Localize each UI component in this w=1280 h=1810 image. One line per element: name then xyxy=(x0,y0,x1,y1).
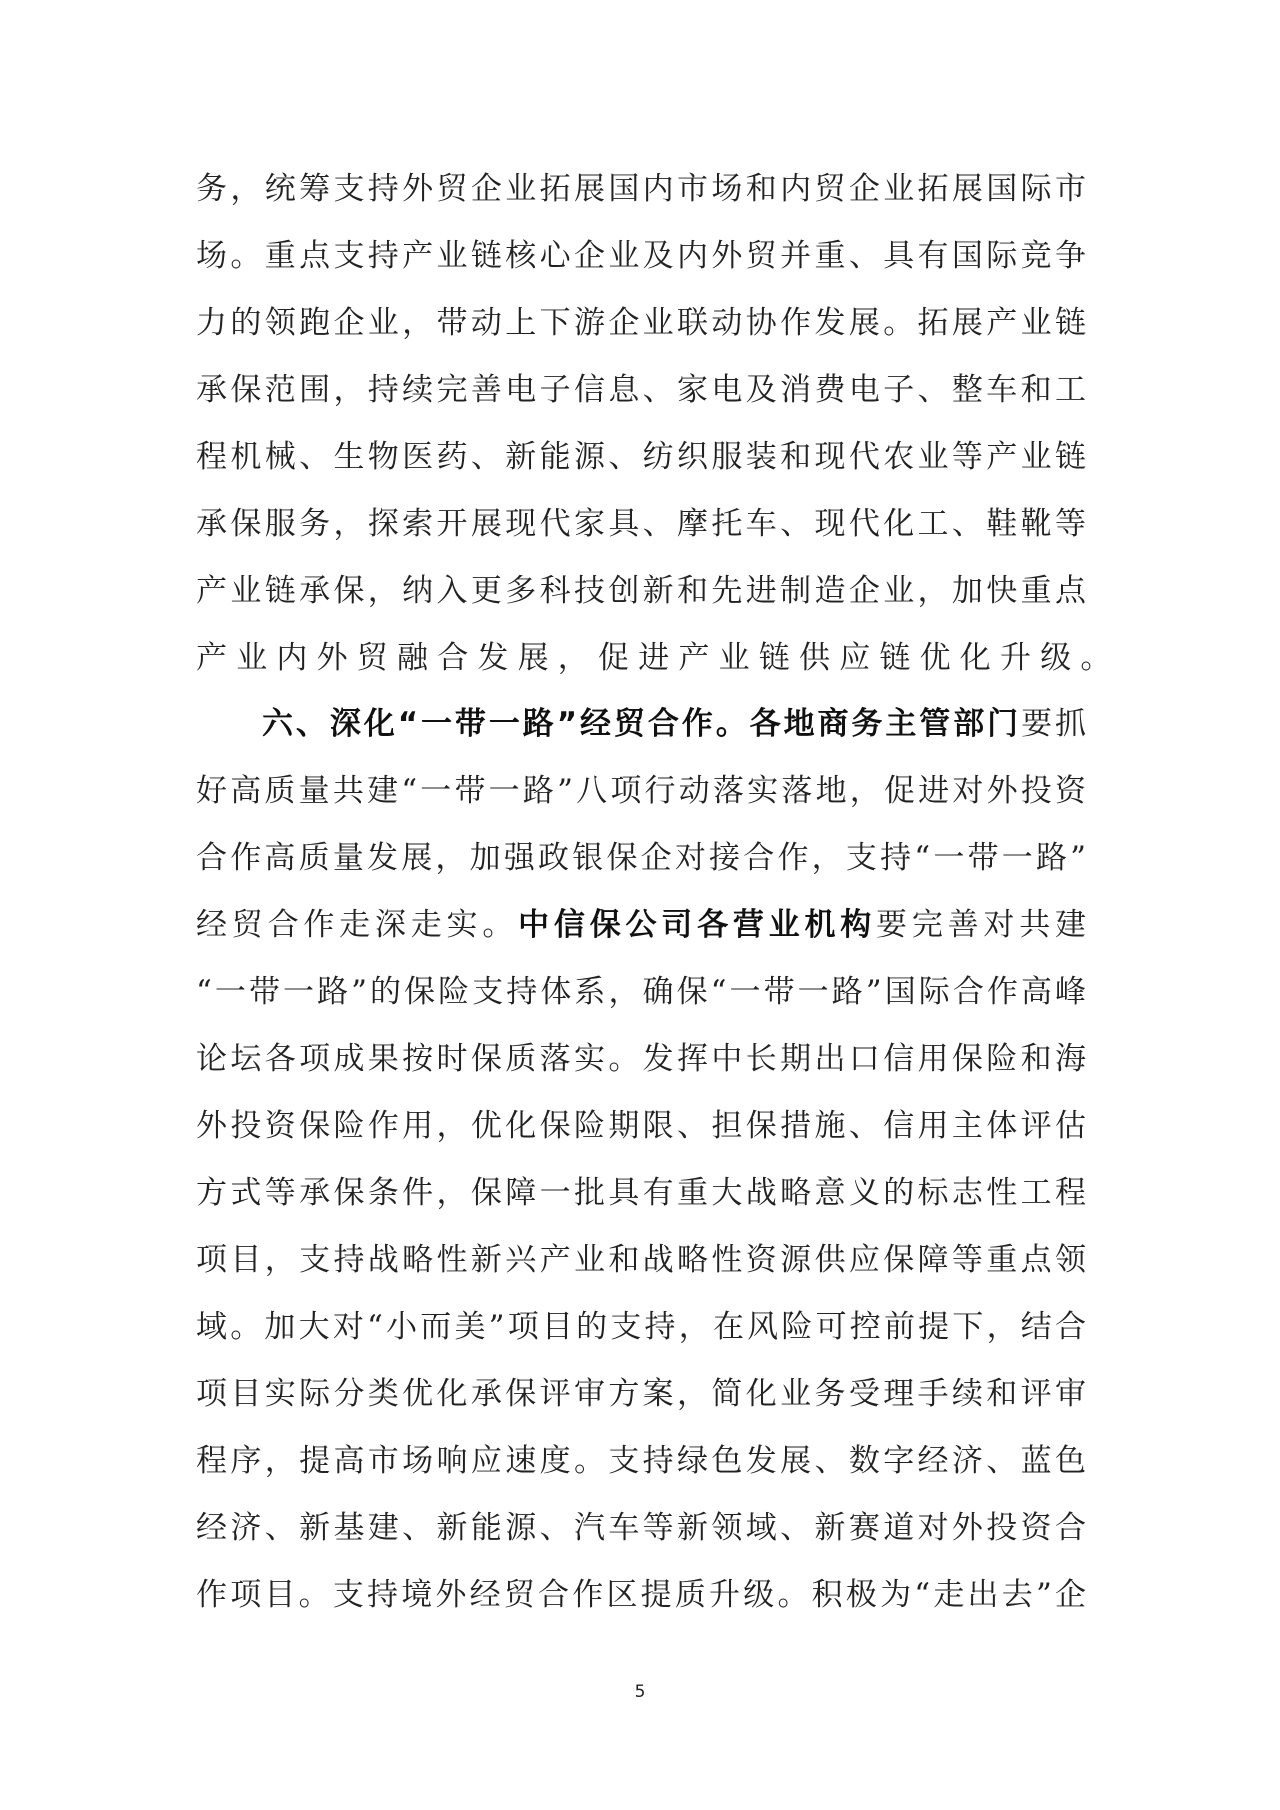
text-segment: 要完善对共建 xyxy=(876,907,1086,943)
body-text-line-mixed: 经贸合作走深走实。中信保公司各营业机构要完善对共建 xyxy=(196,905,1086,945)
body-text-line: 域。加大对“小而美”项目的支持，在风险可控前提下，结合 xyxy=(196,1307,1086,1347)
body-text-line: 合作高质量发展，加强政银保企对接合作，支持“一带一路” xyxy=(196,838,1086,878)
body-text-line: 产业内外贸融合发展，促进产业链供应链优化升级。 xyxy=(196,638,1086,678)
text-segment: 经贸合作走深走实。 xyxy=(196,907,518,943)
body-text-line: 外投资保险作用，优化保险期限、担保措施、信用主体评估 xyxy=(196,1106,1086,1146)
body-text-line: 项目，支持战略性新兴产业和战略性资源供应保障等重点领 xyxy=(196,1240,1086,1280)
body-text-line: 项目实际分类优化承保评审方案，简化业务受理手续和评审 xyxy=(196,1374,1086,1414)
body-text-line: 方式等承保条件，保障一批具有重大战略意义的标志性工程 xyxy=(196,1173,1086,1213)
document-page: 务，统筹支持外贸企业拓展国内市场和内贸企业拓展国际市 场。重点支持产业链核心企业… xyxy=(0,0,1280,1810)
page-number: 5 xyxy=(630,1681,650,1703)
body-text-line: 力的领跑企业，带动上下游企业联动协作发展。拓展产业链 xyxy=(196,303,1086,343)
body-text-line: 务，统筹支持外贸企业拓展国内市场和内贸企业拓展国际市 xyxy=(196,169,1086,209)
body-text-line: 经济、新基建、新能源、汽车等新领域、新赛道对外投资合 xyxy=(196,1508,1086,1548)
section-heading-line: 六、深化“一带一路”经贸合作。各地商务主管部门要抓 xyxy=(262,704,1086,744)
emphasized-organization: 中信保公司各营业机构 xyxy=(518,907,876,943)
body-text-line: 承保范围，持续完善电子信息、家电及消费电子、整车和工 xyxy=(196,370,1086,410)
section-heading-continuation: 要抓 xyxy=(1021,706,1086,742)
body-text-line: 程序，提高市场响应速度。支持绿色发展、数字经济、蓝色 xyxy=(196,1441,1086,1481)
body-text-line: 场。重点支持产业链核心企业及内外贸并重、具有国际竞争 xyxy=(196,236,1086,276)
body-text-line: 论坛各项成果按时保质落实。发挥中长期出口信用保险和海 xyxy=(196,1039,1086,1079)
body-text-line: 程机械、生物医药、新能源、纺织服装和现代农业等产业链 xyxy=(196,437,1086,477)
body-text-line: “一带一路”的保险支持体系，确保“一带一路”国际合作高峰 xyxy=(196,972,1086,1012)
body-text-line: 承保服务，探索开展现代家具、摩托车、现代化工、鞋靴等 xyxy=(196,504,1086,544)
body-text-line: 产业链承保，纳入更多科技创新和先进制造企业，加快重点 xyxy=(196,571,1086,611)
body-text-line: 好高质量共建“一带一路”八项行动落实落地，促进对外投资 xyxy=(196,771,1086,811)
section-heading: 六、深化“一带一路”经贸合作。各地商务主管部门 xyxy=(262,706,1021,742)
body-text-line: 作项目。支持境外经贸合作区提质升级。积极为“走出去”企 xyxy=(196,1575,1086,1615)
